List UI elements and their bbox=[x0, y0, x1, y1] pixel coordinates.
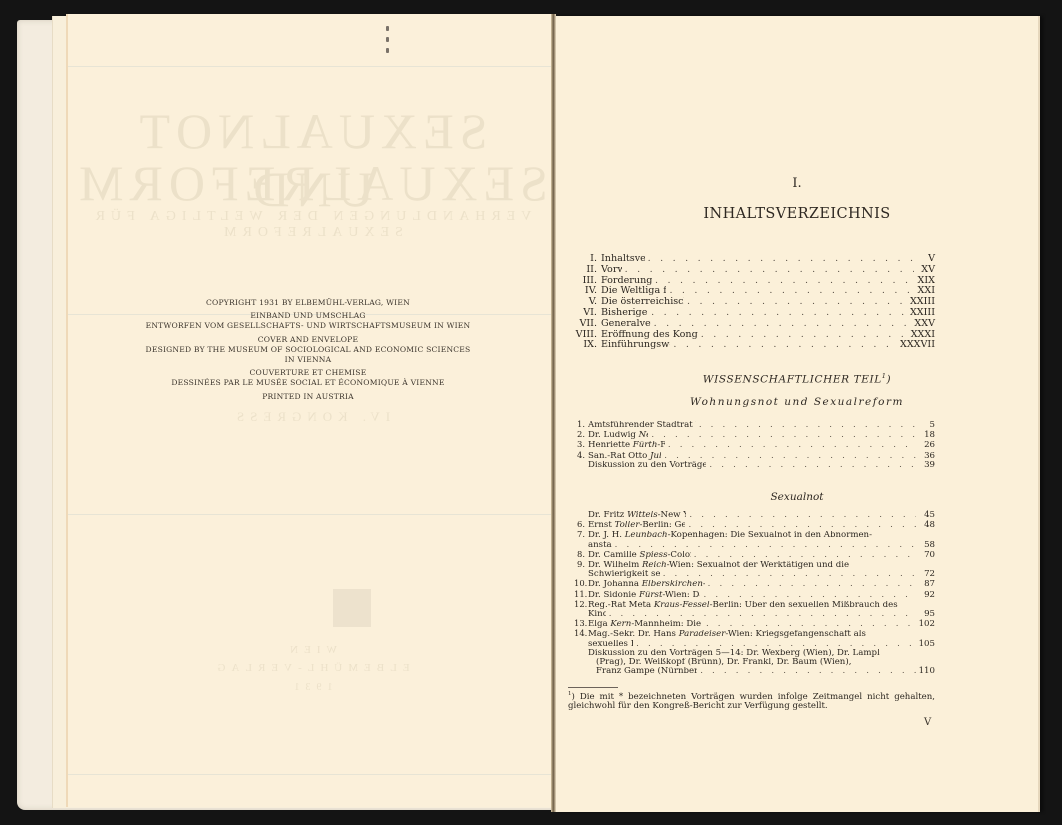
toc-entry-title: Dr. Johanna Elberskirchen-Berlin: Die Üb… bbox=[588, 580, 705, 589]
toc-entry[interactable]: VI.Bisherige KongresseXXIII bbox=[566, 308, 935, 319]
section-heading-text: WISSENSCHAFTLICHER TEIL bbox=[703, 374, 882, 386]
discussion-line: Diskussion zu den Vorträgen 5—14: Dr. We… bbox=[574, 649, 935, 658]
paper-line bbox=[68, 774, 553, 775]
toc-entry[interactable]: 9.Dr. Wilhelm Reich-Wien: Sexualnot der … bbox=[574, 560, 935, 570]
page-number: V bbox=[924, 717, 931, 728]
binding-marks bbox=[386, 26, 390, 66]
toc-entry-page: 5 bbox=[919, 421, 935, 430]
toc-entry-page: 102 bbox=[919, 620, 935, 629]
author-name: Juliusburger bbox=[650, 452, 661, 461]
section-heading-wohnungsnot: Wohnungsnot und Sexualreform bbox=[556, 396, 1038, 408]
author-suffix: -New York, Wien: Die sexuelle Not* bbox=[658, 511, 687, 520]
author-prefix: Dr. Sidonie bbox=[588, 591, 639, 600]
toc-entry-page: 26 bbox=[919, 441, 935, 450]
discussion-page: 110 bbox=[919, 667, 935, 676]
author-suffix: -Wien: Das Problem der alleinstehenden F… bbox=[662, 591, 700, 600]
toc-entry-number: 8. bbox=[574, 550, 585, 559]
show-through-title-2: SEXUALREFORM bbox=[68, 154, 553, 212]
toc-entry[interactable]: 3.Henriette Fürth-Frankfurt am Main*26 bbox=[574, 440, 935, 450]
toc-entry-page: XXV bbox=[914, 319, 935, 330]
toc-entry-page: 95 bbox=[919, 610, 935, 619]
toc-entry-page: XV bbox=[917, 265, 935, 276]
english-cover-heading: COVER AND ENVELOPE bbox=[98, 335, 518, 345]
toc-entry-number: 1. bbox=[574, 420, 585, 429]
toc-entry-title-cont: Kindes bbox=[588, 610, 606, 619]
leader-dots bbox=[701, 330, 908, 341]
toc-entry[interactable]: 4.San.-Rat Otto Juliusburger-Berlin*36 bbox=[574, 451, 935, 461]
leader-dots bbox=[655, 276, 914, 287]
toc-entry-title: Die Weltliga für Sexualreform bbox=[601, 286, 666, 297]
leader-dots bbox=[664, 452, 916, 461]
toc-entry-title: San.-Rat Otto Juliusburger-Berlin* bbox=[588, 452, 661, 461]
paper-line bbox=[68, 66, 553, 67]
toc-entry-number: 6. bbox=[574, 520, 585, 529]
author-suffix: -Frankfurt am Main* bbox=[657, 441, 664, 450]
footnote: 1) Die mit * bezeichneten Vorträgen wurd… bbox=[568, 690, 935, 712]
toc-entry[interactable]: III.Forderungen der LigaXIX bbox=[566, 276, 935, 287]
german-binding-heading: EINBAND UND UMSCHLAG bbox=[98, 311, 518, 321]
toc-entry-number: VII. bbox=[566, 319, 597, 330]
author-prefix: Elga bbox=[588, 620, 610, 629]
author-suffix: -Kopenhagen: Die Sexualnot in den Abnorm… bbox=[668, 531, 872, 540]
toc-entry-title: Dr. Camille Spiess-Colombes: Die Psychos… bbox=[588, 551, 691, 560]
toc-entry-title: Forderungen der Liga bbox=[601, 276, 652, 287]
leader-dots bbox=[651, 308, 907, 319]
show-through-subtitle: VERHANDLUNGEN DER WELTLIGA FÜR SEXUALREF… bbox=[68, 209, 553, 241]
author-name: Elberskirchen bbox=[642, 580, 703, 589]
show-through-ornament bbox=[333, 589, 371, 627]
leader-dots bbox=[694, 551, 916, 560]
toc-roman-list: I.InhaltsverzeichnisVII.VorwortXVIII.For… bbox=[566, 254, 935, 351]
leader-dots bbox=[663, 570, 916, 579]
author-prefix: Dr. Wilhelm bbox=[588, 561, 642, 570]
toc-entry-number: 10. bbox=[574, 579, 585, 588]
author-name: Fürst bbox=[639, 591, 662, 600]
toc-entry-continuation: Kindes95 bbox=[574, 610, 935, 619]
printed-in-line: PRINTED IN AUSTRIA bbox=[98, 392, 518, 402]
toc-entry[interactable]: IV.Die Weltliga für SexualreformXXI bbox=[566, 286, 935, 297]
author-name: Neumann bbox=[639, 431, 649, 440]
author-name: Kern bbox=[610, 620, 631, 629]
toc-entry-number: 14. bbox=[574, 629, 585, 638]
toc-entry-title: Eröffnung des Kongresses (Begrüßungsansp… bbox=[601, 330, 698, 341]
toc-entry[interactable]: 14.Mag.-Sekr. Dr. Hans Paradeiser-Wien: … bbox=[574, 629, 935, 639]
toc-wohnungsnot-list: 1.Amtsführender Stadtrat Univ.-Prof. Dr.… bbox=[574, 420, 935, 470]
leader-dots bbox=[668, 441, 916, 450]
english-cover-credit-1: DESIGNED BY THE MUSEUM OF SOCIOLOGICAL A… bbox=[98, 345, 518, 355]
toc-entry-page: XXXVII bbox=[900, 340, 935, 351]
author-name: Kraus-Fessel bbox=[654, 601, 710, 610]
author-prefix: Amtsführender Stadtrat Univ.-Prof. Dr. J… bbox=[588, 421, 696, 430]
toc-entry-continuation: Schwierigkeit sexueller Beratung72 bbox=[574, 570, 935, 579]
toc-entry-title: Dr. J. H. Leunbach-Kopenhagen: Die Sexua… bbox=[588, 531, 872, 540]
author-name: Fürth bbox=[633, 441, 658, 450]
leader-dots bbox=[689, 511, 916, 520]
toc-entry-number: IX. bbox=[566, 340, 597, 351]
german-binding-credit: ENTWORFEN VOM GESELLSCHAFTS- UND WIRTSCH… bbox=[98, 321, 518, 331]
toc-entry[interactable]: VIII.Eröffnung des Kongresses (Begrüßung… bbox=[566, 330, 935, 341]
author-prefix: Dr. Ludwig bbox=[588, 431, 639, 440]
french-cover-heading: COUVERTURE ET CHEMISE bbox=[98, 368, 518, 378]
author-prefix: Dr. Fritz bbox=[588, 511, 627, 520]
toc-entry-title: Einführungswort des Vorsitzenden bbox=[601, 340, 670, 351]
toc-entry[interactable]: 6.Ernst Toller-Berlin: Gefangenschaft un… bbox=[574, 520, 935, 530]
toc-entry[interactable]: 13.Elga Kern-Mannheim: Die Lebensnot in … bbox=[574, 619, 935, 629]
discussion-line: Franz Gampe (Nürnberg), Dr. Winkler, Dr.… bbox=[574, 667, 935, 676]
toc-entry[interactable]: 11.Dr. Sidonie Fürst-Wien: Das Problem d… bbox=[574, 590, 935, 600]
toc-entry-number: 9. bbox=[574, 560, 585, 569]
author-name: Wittels bbox=[627, 511, 658, 520]
leader-dots bbox=[699, 421, 916, 430]
french-cover-credit: DESSINÉES PAR LE MUSÉE SOCIAL ET ÉCONOMI… bbox=[98, 378, 518, 388]
leader-dots bbox=[687, 297, 907, 308]
discussion-text: Franz Gampe (Nürnberg), Dr. Winkler, Dr.… bbox=[596, 667, 697, 676]
author-prefix: Reg.-Rat Meta bbox=[588, 601, 654, 610]
toc-entry-continuation: anstalten58 bbox=[574, 541, 935, 550]
english-cover-credit-2: IN VIENNA bbox=[98, 355, 518, 365]
author-prefix: Dr. J. H. bbox=[588, 531, 625, 540]
toc-entry-title: Reg.-Rat Meta Kraus-Fessel-Berlin: Über … bbox=[588, 601, 898, 610]
toc-entry[interactable]: IX.Einführungswort des VorsitzendenXXXVI… bbox=[566, 340, 935, 351]
leader-dots bbox=[648, 254, 914, 265]
chapter-number: I. bbox=[556, 176, 1038, 191]
toc-entry-page: 48 bbox=[919, 521, 935, 530]
toc-entry-title: Generalversammlung bbox=[601, 319, 651, 330]
leader-dots bbox=[709, 461, 916, 470]
author-suffix: -Wien: Kriegsgefangenschaft als bbox=[725, 630, 865, 639]
show-through-congress: IV. KONGRESS bbox=[68, 409, 553, 425]
discussion-text: (Prag), Dr. Weißkopf (Brünn), Dr. Frankl… bbox=[596, 658, 851, 667]
toc-entry-title-cont: sexuelles Erlebnis* bbox=[588, 640, 633, 649]
toc-entry-title: Mag.-Sekr. Dr. Hans Paradeiser-Wien: Kri… bbox=[588, 630, 866, 639]
show-through-publisher: ELBEMÜHL-VERLAG bbox=[68, 662, 553, 674]
author-suffix: -Berlin: Gefangenschaft und Sexualität bbox=[639, 521, 685, 530]
leader-dots bbox=[654, 319, 912, 330]
toc-entry[interactable]: II.VorwortXV bbox=[566, 265, 935, 276]
show-through-city: WIEN bbox=[68, 644, 553, 656]
toc-entry-page: 58 bbox=[919, 541, 935, 550]
toc-entry-title: Bisherige Kongresse bbox=[601, 308, 648, 319]
toc-entry[interactable]: 1.Amtsführender Stadtrat Univ.-Prof. Dr.… bbox=[574, 420, 935, 430]
author-name: Spiess bbox=[639, 551, 667, 560]
author-suffix: -Berlin: Über den sexuellen Mißbrauch de… bbox=[710, 601, 898, 610]
toc-entry-page: 18 bbox=[919, 431, 935, 440]
toc-entry-title-cont: Schwierigkeit sexueller Beratung bbox=[588, 570, 660, 579]
toc-entry-page: 92 bbox=[919, 591, 935, 600]
toc-entry[interactable]: 2.Dr. Ludwig Neumann-Wien18 bbox=[574, 430, 935, 440]
leader-dots bbox=[615, 541, 916, 550]
toc-entry-title: Dr. Ludwig Neumann-Wien bbox=[588, 431, 648, 440]
leader-dots bbox=[700, 667, 915, 676]
discussion-page: 39 bbox=[919, 461, 935, 470]
toc-entry[interactable]: 12.Reg.-Rat Meta Kraus-Fessel-Berlin: Üb… bbox=[574, 600, 935, 610]
author-name: Toller bbox=[615, 521, 640, 530]
section-heading-sexualnot: Sexualnot bbox=[556, 491, 1038, 503]
leader-dots bbox=[703, 591, 916, 600]
toc-entry-page: 87 bbox=[919, 580, 935, 589]
footnote-text: ) Die mit * bezeichneten Vorträgen wurde… bbox=[568, 692, 935, 712]
author-prefix: Mag.-Sekr. Dr. Hans bbox=[588, 630, 679, 639]
toc-entry-number: 12. bbox=[574, 600, 585, 609]
page-title: INHALTSVERZEICHNIS bbox=[556, 206, 1038, 222]
toc-entry[interactable]: 10.Dr. Johanna Elberskirchen-Berlin: Die… bbox=[574, 579, 935, 589]
author-prefix: Ernst bbox=[588, 521, 615, 530]
toc-entry-page: 105 bbox=[919, 640, 935, 649]
author-suffix: -Colombes: Die Psychosynthese usw. bbox=[667, 551, 690, 560]
toc-entry-number: 13. bbox=[574, 619, 585, 628]
toc-entry-title: Vorwort bbox=[601, 265, 622, 276]
toc-entry-page: 70 bbox=[919, 551, 935, 560]
toc-entry-title: Die österreichische Liga für Sexualrefor… bbox=[601, 297, 684, 308]
toc-entry-number: 3. bbox=[574, 440, 585, 449]
discussion-text: Diskussion zu den Vorträgen 5—14: Dr. We… bbox=[588, 649, 880, 658]
toc-entry-title: Inhaltsverzeichnis bbox=[601, 254, 645, 265]
leader-dots bbox=[609, 610, 916, 619]
toc-entry-title: Dr. Fritz Wittels-New York, Wien: Die se… bbox=[588, 511, 686, 520]
section-heading-scientific: WISSENSCHAFTLICHER TEIL1) bbox=[556, 372, 1038, 386]
toc-entry[interactable]: V.Die österreichische Liga für Sexualref… bbox=[566, 297, 935, 308]
author-name: Reich bbox=[642, 561, 667, 570]
toc-entry-title: Ernst Toller-Berlin: Gefangenschaft und … bbox=[588, 521, 685, 530]
toc-entry-title: Elga Kern-Mannheim: Die Lebensnot in den… bbox=[588, 620, 703, 629]
toc-entry-title: Dr. Wilhelm Reich-Wien: Sexualnot der We… bbox=[588, 561, 849, 570]
toc-entry[interactable]: 7.Dr. J. H. Leunbach-Kopenhagen: Die Sex… bbox=[574, 530, 935, 540]
toc-entry-title: Amtsführender Stadtrat Univ.-Prof. Dr. J… bbox=[588, 421, 696, 430]
discussion-text: Diskussion zu den Vorträgen 1—4: Dr. Dre… bbox=[588, 461, 706, 470]
leader-dots bbox=[636, 640, 915, 649]
leader-dots bbox=[673, 340, 897, 351]
toc-entry-number: 11. bbox=[574, 590, 585, 599]
toc-entry-title-cont: anstalten bbox=[588, 541, 612, 550]
toc-entry[interactable]: Dr. Fritz Wittels-New York, Wien: Die se… bbox=[574, 511, 935, 520]
toc-entry-number: 2. bbox=[574, 430, 585, 439]
leader-dots bbox=[688, 521, 916, 530]
author-suffix: -Berlin: Die Überwertung des Sexuellen bbox=[703, 580, 705, 589]
discussion-line: (Prag), Dr. Weißkopf (Brünn), Dr. Frankl… bbox=[574, 658, 935, 667]
left-page: SEXUALNOT UND SEXUALREFORM VERHANDLUNGEN… bbox=[66, 14, 553, 807]
toc-entry-number: 7. bbox=[574, 530, 585, 539]
toc-entry[interactable]: VII.GeneralversammlungXXV bbox=[566, 319, 935, 330]
toc-entry-title: Dr. Sidonie Fürst-Wien: Das Problem der … bbox=[588, 591, 700, 600]
author-suffix: -Mannheim: Die Lebensnot in den Frauenge… bbox=[631, 620, 703, 629]
paper-line bbox=[68, 514, 553, 515]
leader-dots bbox=[708, 580, 916, 589]
leader-dots bbox=[651, 431, 916, 440]
leader-dots bbox=[669, 286, 914, 297]
author-prefix: San.-Rat Otto bbox=[588, 452, 650, 461]
author-prefix: Dr. Camille bbox=[588, 551, 639, 560]
show-through-year: 1931 bbox=[68, 682, 553, 693]
discussion-entry[interactable]: Diskussion zu den Vorträgen 1—4: Dr. Dre… bbox=[574, 461, 935, 470]
toc-entry-number: 4. bbox=[574, 451, 585, 460]
leader-dots bbox=[706, 620, 916, 629]
copyright-line: COPYRIGHT 1931 BY ELBEMÜHL-VERLAG, WIEN bbox=[98, 298, 518, 308]
toc-sexualnot-list: Dr. Fritz Wittels-New York, Wien: Die se… bbox=[574, 511, 935, 676]
toc-entry-page: 72 bbox=[919, 570, 935, 579]
toc-entry-continuation: sexuelles Erlebnis*105 bbox=[574, 640, 935, 649]
right-page: I. INHALTSVERZEICHNIS I.Inhaltsverzeichn… bbox=[556, 16, 1040, 812]
author-prefix: Henriette bbox=[588, 441, 633, 450]
toc-entry-page: 45 bbox=[919, 511, 935, 520]
leader-dots bbox=[625, 265, 914, 276]
footnote-marker: 1 bbox=[882, 372, 887, 380]
toc-entry-number: II. bbox=[566, 265, 597, 276]
author-name: Paradeiser bbox=[679, 630, 726, 639]
author-suffix: -Wien: Sexualnot der Werktätigen und die bbox=[667, 561, 849, 570]
author-prefix: Dr. Johanna bbox=[588, 580, 642, 589]
author-name: Leunbach bbox=[625, 531, 668, 540]
toc-entry[interactable]: I.InhaltsverzeichnisV bbox=[566, 254, 935, 265]
toc-entry-title: Henriette Fürth-Frankfurt am Main* bbox=[588, 441, 665, 450]
toc-entry[interactable]: 8.Dr. Camille Spiess-Colombes: Die Psych… bbox=[574, 550, 935, 560]
imprint-block: COPYRIGHT 1931 BY ELBEMÜHL-VERLAG, WIEN … bbox=[98, 298, 518, 405]
footnote-rule bbox=[568, 687, 618, 688]
